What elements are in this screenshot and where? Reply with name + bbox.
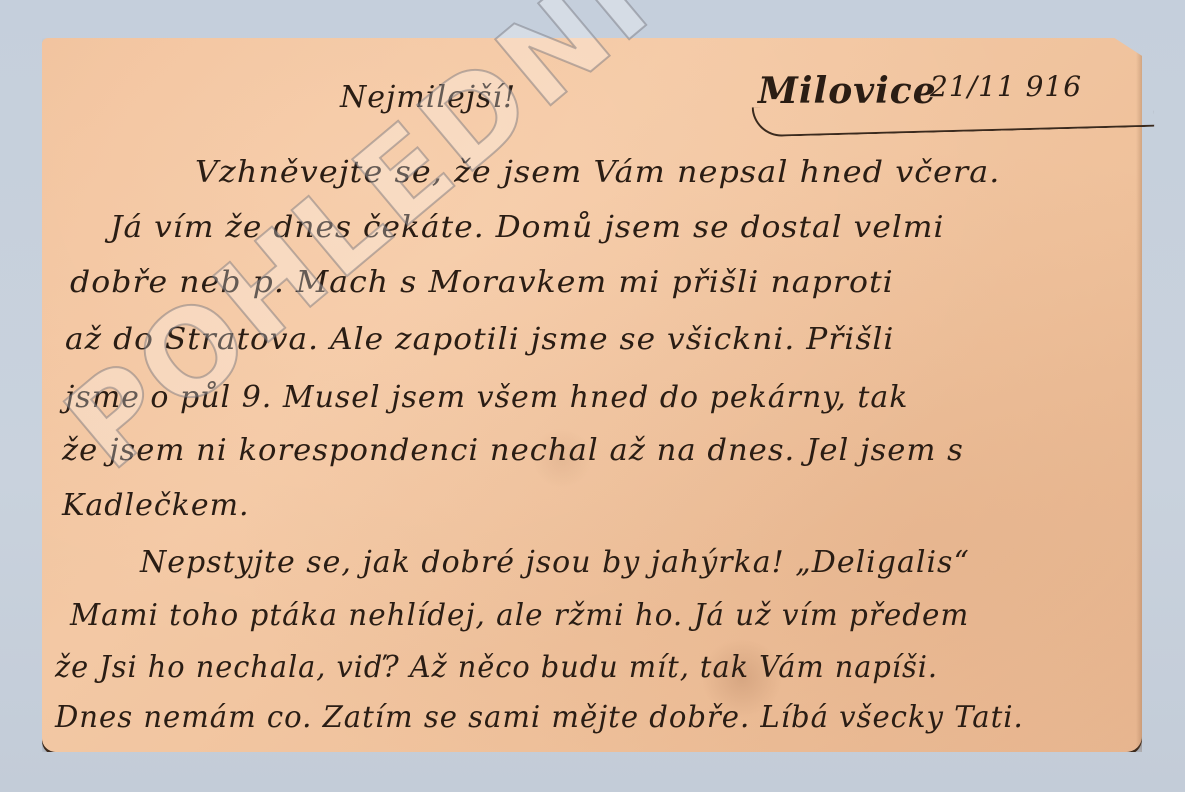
letter-date: 21/11 916 [930,70,1082,103]
letter-line-3: dobře neb p. Mach s Moravkem mi přišli n… [70,265,894,300]
letter-line-10: že Jsi ho nechala, viď? Až něco budu mít… [55,650,938,685]
letter-line-1: Vzhněvejte se, že jsem Vám nepsal hned v… [195,155,1000,190]
letter-line-9: Mami toho ptáka nehlídej, ale ržmi ho. J… [70,598,969,633]
letter-greeting: Nejmilejší! [340,80,516,115]
letter-line-8: Nepstyjte se, jak dobré jsou by jahýrka!… [140,545,970,580]
letter-line-2: Já vím že dnes čekáte. Domů jsem se dost… [110,210,945,245]
letter-line-5: jsme o půl 9. Musel jsem všem hned do pe… [65,380,908,415]
letter-line-7: Kadlečkem. [62,488,250,523]
card-edge [1136,38,1142,752]
letter-line-6: že jsem ni korespondenci nechal až na dn… [62,433,964,468]
letter-line-11: Dnes nemám co. Zatím se sami mějte dobře… [55,700,1024,735]
letter-line-4: až do Stratova. Ale zapotili jsme se vši… [65,322,894,357]
